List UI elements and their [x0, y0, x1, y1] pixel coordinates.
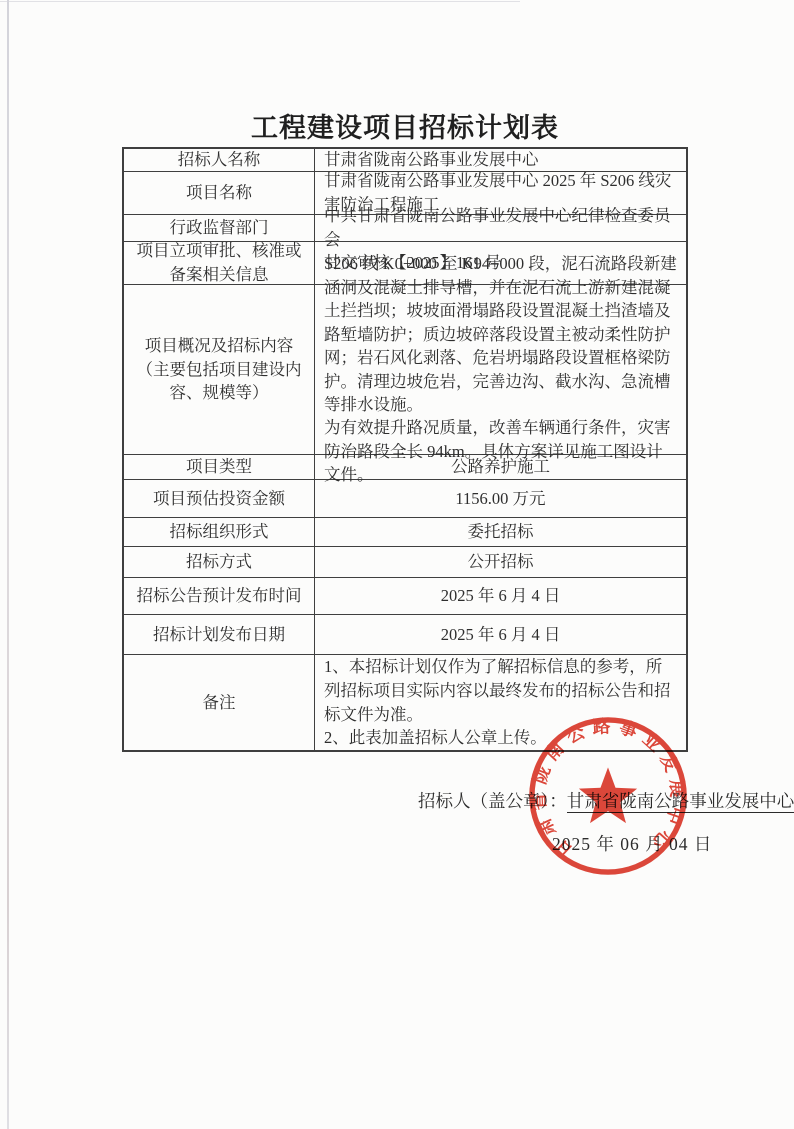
row-label: 招标公告预计发布时间 [124, 578, 315, 614]
row-label: 招标方式 [124, 547, 315, 577]
official-seal: 甘肃省陇南公路事业发展中心 [524, 712, 692, 880]
table-row-project-overview: 项目概况及招标内容（主要包括项目建设内容、规模等） S206 线 K0+000 … [124, 285, 686, 455]
row-value: S206 线 K0+000 至 K94+000 段，泥石流路段新建涵洞及混凝土排… [315, 285, 686, 454]
row-value: 中共甘肃省陇南公路事业发展中心纪律检查委员会 [315, 215, 686, 241]
row-label: 备注 [124, 655, 315, 750]
table-row-project-type: 项目类型 公路养护施工 [124, 455, 686, 480]
row-label: 行政监督部门 [124, 215, 315, 241]
row-value: 2025 年 6 月 4 日 [315, 578, 686, 614]
table-row-estimated-investment: 项目预估投资金额 1156.00 万元 [124, 480, 686, 518]
row-value: 公开招标 [315, 547, 686, 577]
scan-page-edge-top [0, 1, 520, 2]
row-value: 2025 年 6 月 4 日 [315, 615, 686, 654]
row-label: 招标计划发布日期 [124, 615, 315, 654]
row-label: 项目名称 [124, 172, 315, 214]
row-label: 项目立项审批、核准或备案相关信息 [124, 242, 315, 284]
row-label: 项目类型 [124, 455, 315, 479]
row-value: 公路养护施工 [315, 455, 686, 479]
row-value: 1156.00 万元 [315, 480, 686, 517]
tender-plan-table: 招标人名称 甘肃省陇南公路事业发展中心 项目名称 甘肃省陇南公路事业发展中心 2… [122, 147, 688, 752]
row-label: 招标组织形式 [124, 518, 315, 546]
table-row-tender-method: 招标方式 公开招标 [124, 547, 686, 578]
table-row-announcement-date: 招标公告预计发布时间 2025 年 6 月 4 日 [124, 578, 686, 615]
row-label: 项目概况及招标内容（主要包括项目建设内容、规模等） [124, 285, 315, 454]
seal-star-icon [579, 767, 637, 823]
page-title: 工程建设项目招标计划表 [122, 106, 688, 145]
row-value: 委托招标 [315, 518, 686, 546]
row-label: 招标人名称 [124, 149, 315, 171]
scan-page-edge-left [7, 0, 9, 1129]
table-row-organization-form: 招标组织形式 委托招标 [124, 518, 686, 547]
table-row-supervising-department: 行政监督部门 中共甘肃省陇南公路事业发展中心纪律检查委员会 [124, 215, 686, 242]
table-row-plan-publish-date: 招标计划发布日期 2025 年 6 月 4 日 [124, 615, 686, 655]
row-value: 甘肃省陇南公路事业发展中心 [315, 149, 686, 171]
row-label: 项目预估投资金额 [124, 480, 315, 517]
